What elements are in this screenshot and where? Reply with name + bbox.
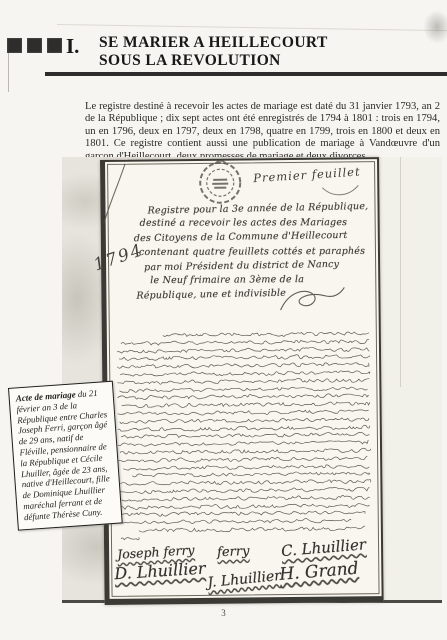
page-number: 3 xyxy=(0,608,447,618)
decorative-square xyxy=(47,38,62,53)
chapter-title-line2: SOUS LA REVOLUTION xyxy=(99,52,328,70)
register-photo: Premier feuillet 1794 Registre pour la 3… xyxy=(62,157,442,603)
signature: C. Lhuillier xyxy=(280,535,366,560)
handwriting-line xyxy=(121,330,369,338)
manuscript-page-header: Premier feuillet xyxy=(253,164,361,185)
chapter-title-line1: SE MARIER A HEILLECOURT xyxy=(99,34,328,52)
handwriting-line xyxy=(139,517,363,524)
chapter-title: SE MARIER A HEILLECOURT SOUS LA REVOLUTI… xyxy=(99,34,328,70)
handwriting-line xyxy=(118,447,367,455)
header-flourish xyxy=(320,183,360,197)
signature: H. Grand xyxy=(279,559,360,585)
handwriting-stroke xyxy=(121,535,139,540)
chapter-numeral: I. xyxy=(66,34,79,59)
handwriting-line xyxy=(121,486,369,494)
paper-fold-line xyxy=(400,157,401,387)
official-stamp-icon xyxy=(195,159,245,208)
decorative-square xyxy=(7,38,22,53)
signature: Joseph ferry xyxy=(117,542,195,562)
scan-crease-line xyxy=(57,24,447,31)
manuscript-body-scribbles xyxy=(117,322,373,535)
decorative-squares xyxy=(7,38,62,53)
signature: ferry xyxy=(217,544,250,560)
clerk-paraph xyxy=(274,285,346,318)
handwriting-line xyxy=(121,527,139,532)
scan-smudge xyxy=(423,10,447,44)
photo-caption: Acte de mariage du 21 février an 3 de la… xyxy=(8,381,123,531)
handwriting-line xyxy=(117,338,369,346)
signature: D. Lhuillier xyxy=(114,559,206,584)
intro-paragraph: Le registre destiné à recevoir les actes… xyxy=(85,101,440,164)
handwriting-line xyxy=(123,455,369,463)
pen-slash-mark xyxy=(101,162,130,226)
header-rule xyxy=(45,72,447,76)
handwriting-line xyxy=(119,494,369,502)
handwriting-line xyxy=(119,377,367,385)
manuscript-page: Premier feuillet 1794 Registre pour la 3… xyxy=(100,157,384,605)
caption-text: du 21 février an 3 de la République entr… xyxy=(16,388,110,522)
decorative-square xyxy=(27,38,42,53)
handwriting-line xyxy=(120,408,369,416)
handwriting-line xyxy=(163,322,369,329)
handwriting-line xyxy=(117,369,369,377)
handwriting-stroke xyxy=(139,525,363,532)
signature: J. Lhuillier xyxy=(207,568,282,591)
photo-paper-margin xyxy=(375,157,442,600)
handwriting-line xyxy=(118,416,370,424)
